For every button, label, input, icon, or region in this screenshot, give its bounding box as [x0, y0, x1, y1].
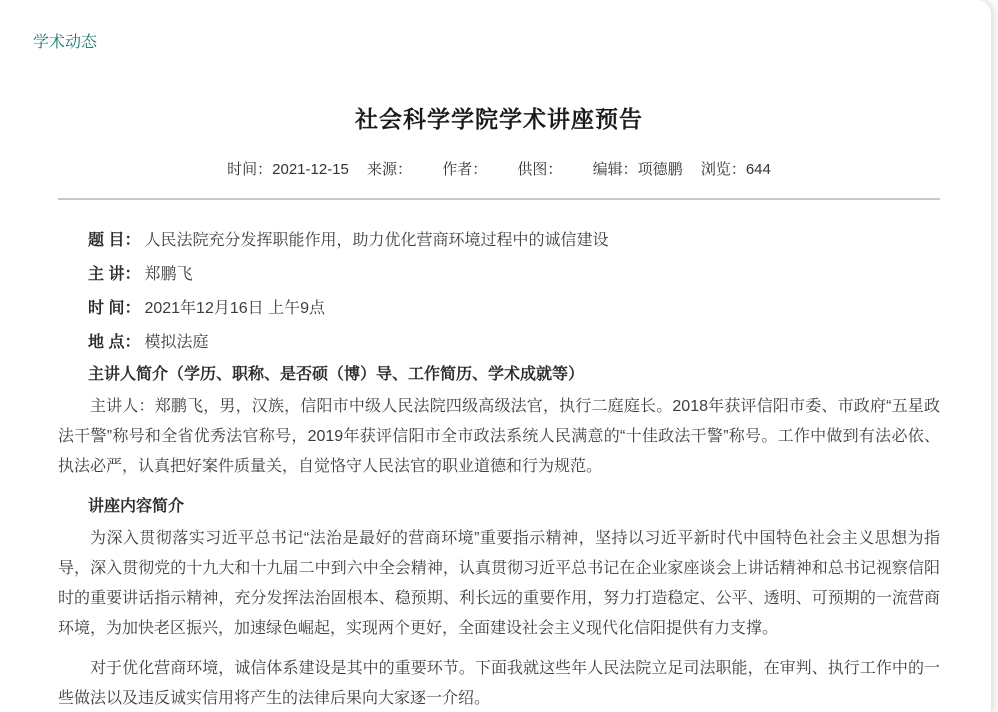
meta-time: 时间：2021-12-15: [227, 161, 349, 178]
page: 学术动态 社会科学学院学术讲座预告 时间：2021-12-15 来源： 作者： …: [0, 0, 998, 712]
meta-views-value: 644: [746, 161, 771, 178]
info-location-value: 模拟法庭: [144, 334, 208, 351]
meta-editor-value: 项德鹏: [638, 161, 683, 178]
breadcrumb-section-link[interactable]: 学术动态: [33, 34, 97, 51]
lecture-summary-paragraph-2: 对于优化营商环境，诚信体系建设是其中的重要环节。下面我就这些年人民法院立足司法职…: [58, 654, 940, 712]
speaker-bio-paragraph: 主讲人：郑鹏飞，男，汉族，信阳市中级人民法院四级高级法官，执行二庭庭长。2018…: [58, 392, 940, 482]
info-location-label: 地 点：: [88, 334, 140, 351]
meta-views: 浏览：644: [701, 161, 771, 178]
info-row-topic: 题 目：人民法院充分发挥职能作用，助力优化营商环境过程中的诚信建设: [58, 224, 940, 258]
info-speaker-value: 郑鹏飞: [144, 266, 192, 283]
article-content: 社会科学学院学术讲座预告 时间：2021-12-15 来源： 作者： 供图： 编…: [0, 104, 991, 712]
article-meta-row: 时间：2021-12-15 来源： 作者： 供图： 编辑：项德鹏 浏览：644: [58, 160, 940, 180]
meta-editor: 编辑：项德鹏: [593, 161, 683, 178]
info-topic-label: 题 目：: [88, 232, 140, 249]
article-body: 题 目：人民法院充分发挥职能作用，助力优化营商环境过程中的诚信建设 主 讲：郑鹏…: [58, 200, 940, 712]
speaker-bio-heading: 主讲人简介（学历、职称、是否硕（博）导、工作简历、学术成就等）: [58, 360, 940, 390]
info-row-location: 地 点：模拟法庭: [58, 326, 940, 360]
meta-editor-label: 编辑：: [593, 161, 638, 178]
meta-photo-credit: 供图：: [517, 161, 574, 178]
meta-time-value: 2021-12-15: [272, 161, 349, 178]
info-time-label: 时 间：: [88, 300, 140, 317]
meta-photo-credit-label: 供图：: [517, 161, 562, 178]
lecture-summary-heading: 讲座内容简介: [58, 492, 940, 522]
content-card: 学术动态 社会科学学院学术讲座预告 时间：2021-12-15 来源： 作者： …: [0, 0, 991, 712]
meta-time-label: 时间：: [227, 161, 272, 178]
meta-source: 来源：: [367, 161, 424, 178]
info-topic-value: 人民法院充分发挥职能作用，助力优化营商环境过程中的诚信建设: [144, 232, 608, 249]
info-row-time: 时 间：2021年12月16日 上午9点: [58, 292, 940, 326]
meta-author: 作者：: [442, 161, 499, 178]
meta-views-label: 浏览：: [701, 161, 746, 178]
meta-author-label: 作者：: [442, 161, 487, 178]
article-title: 社会科学学院学术讲座预告: [58, 104, 940, 134]
info-row-speaker: 主 讲：郑鹏飞: [58, 258, 940, 292]
meta-source-label: 来源：: [367, 161, 412, 178]
breadcrumb: 学术动态: [0, 0, 991, 52]
info-time-value: 2021年12月16日 上午9点: [144, 300, 325, 317]
info-speaker-label: 主 讲：: [88, 266, 140, 283]
lecture-summary-paragraph-1: 为深入贯彻落实习近平总书记“法治是最好的营商环境”重要指示精神，坚持以习近平新时…: [58, 524, 940, 644]
